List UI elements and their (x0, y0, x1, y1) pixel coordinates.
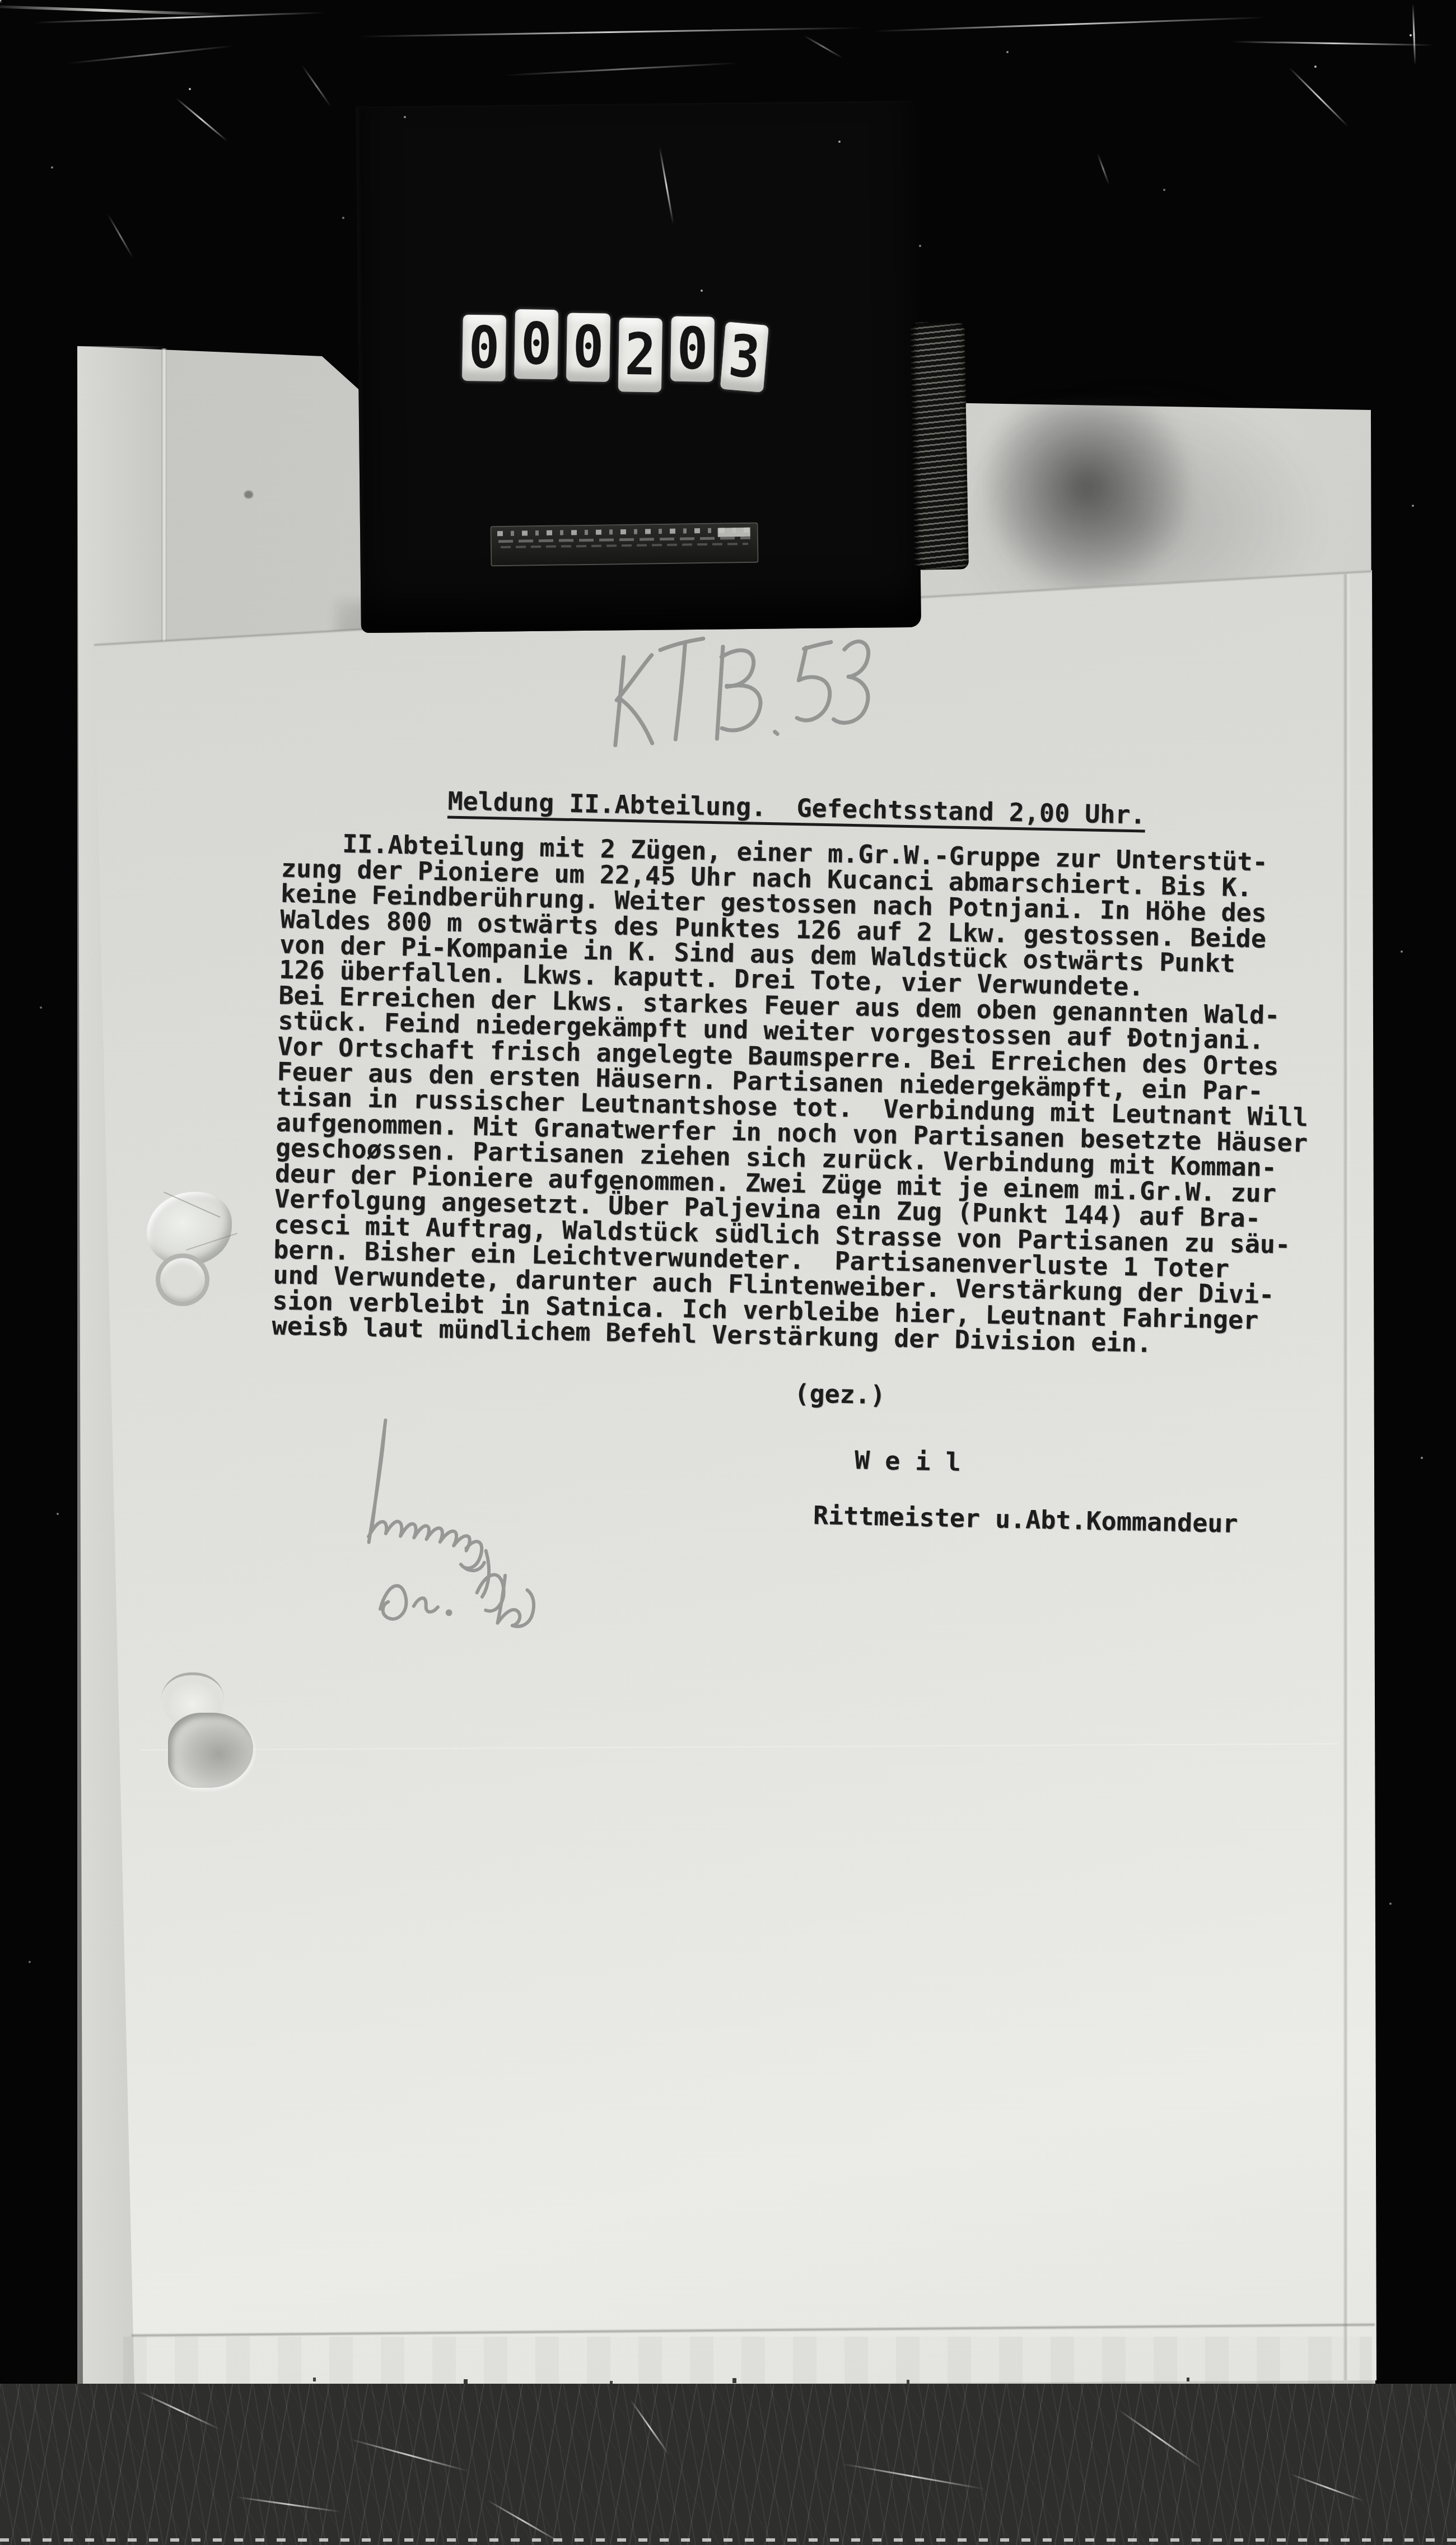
label-plate-microtext (498, 537, 750, 543)
counter-digit-window: 3 (720, 322, 769, 393)
label-plate-microtext (497, 528, 752, 536)
counter-digit-window: 0 (514, 309, 558, 379)
counter-digit-window: 0 (566, 313, 610, 382)
ktb-note-handwriting: KTB. 53 (605, 617, 888, 756)
counter-digit-window: 0 (462, 315, 506, 381)
scanned-film-frame: KTB. 53 Meldung II.Abteilung. Gefechtsst… (0, 0, 1456, 2545)
dark-smudge (983, 401, 1191, 591)
page-bottom-strip (123, 2337, 1372, 2385)
signer-name-typed: W e i l (855, 1447, 1345, 1483)
film-speck-field (0, 0, 1, 1)
film-scratch (68, 45, 235, 64)
film-scratch (874, 17, 1266, 32)
label-plate-microtext (501, 543, 748, 548)
backing-sheet-speck (244, 491, 253, 498)
counter-digit-row: 0 0 0 2 0 3 (462, 307, 767, 394)
film-scratch (1232, 41, 1434, 46)
counter-digit-window: 2 (618, 318, 662, 392)
film-scratch (1289, 67, 1349, 127)
counter-knob (911, 321, 969, 570)
counter-digit: 0 (520, 315, 552, 374)
film-scratch (504, 62, 739, 76)
film-scratch (1412, 3, 1416, 65)
bottom-film-band (0, 2384, 1456, 2545)
counter-digit: 2 (624, 326, 656, 384)
counter-digit-window: 0 (670, 316, 715, 382)
punch-hole-top-ring (156, 1253, 209, 1306)
counter-label-plate (491, 523, 759, 567)
film-scratch (107, 214, 134, 258)
film-scratch (0, 4, 224, 16)
counter-digit: 0 (468, 319, 500, 377)
label-plate-mark (718, 528, 750, 537)
film-scratch (301, 65, 332, 107)
film-edge-perforation (0, 2538, 1456, 2542)
signature-gez-label: (gez.) (794, 1381, 1346, 1417)
film-scratch (1096, 153, 1109, 185)
counter-digit: 0 (572, 318, 604, 376)
counter-digit: 0 (676, 320, 708, 378)
film-scratch (358, 27, 862, 38)
counter-digit: 3 (726, 327, 762, 387)
film-scratch (175, 97, 228, 142)
film-scratch (804, 35, 843, 59)
signature-handwriting: Heinicke (328, 1340, 700, 1638)
